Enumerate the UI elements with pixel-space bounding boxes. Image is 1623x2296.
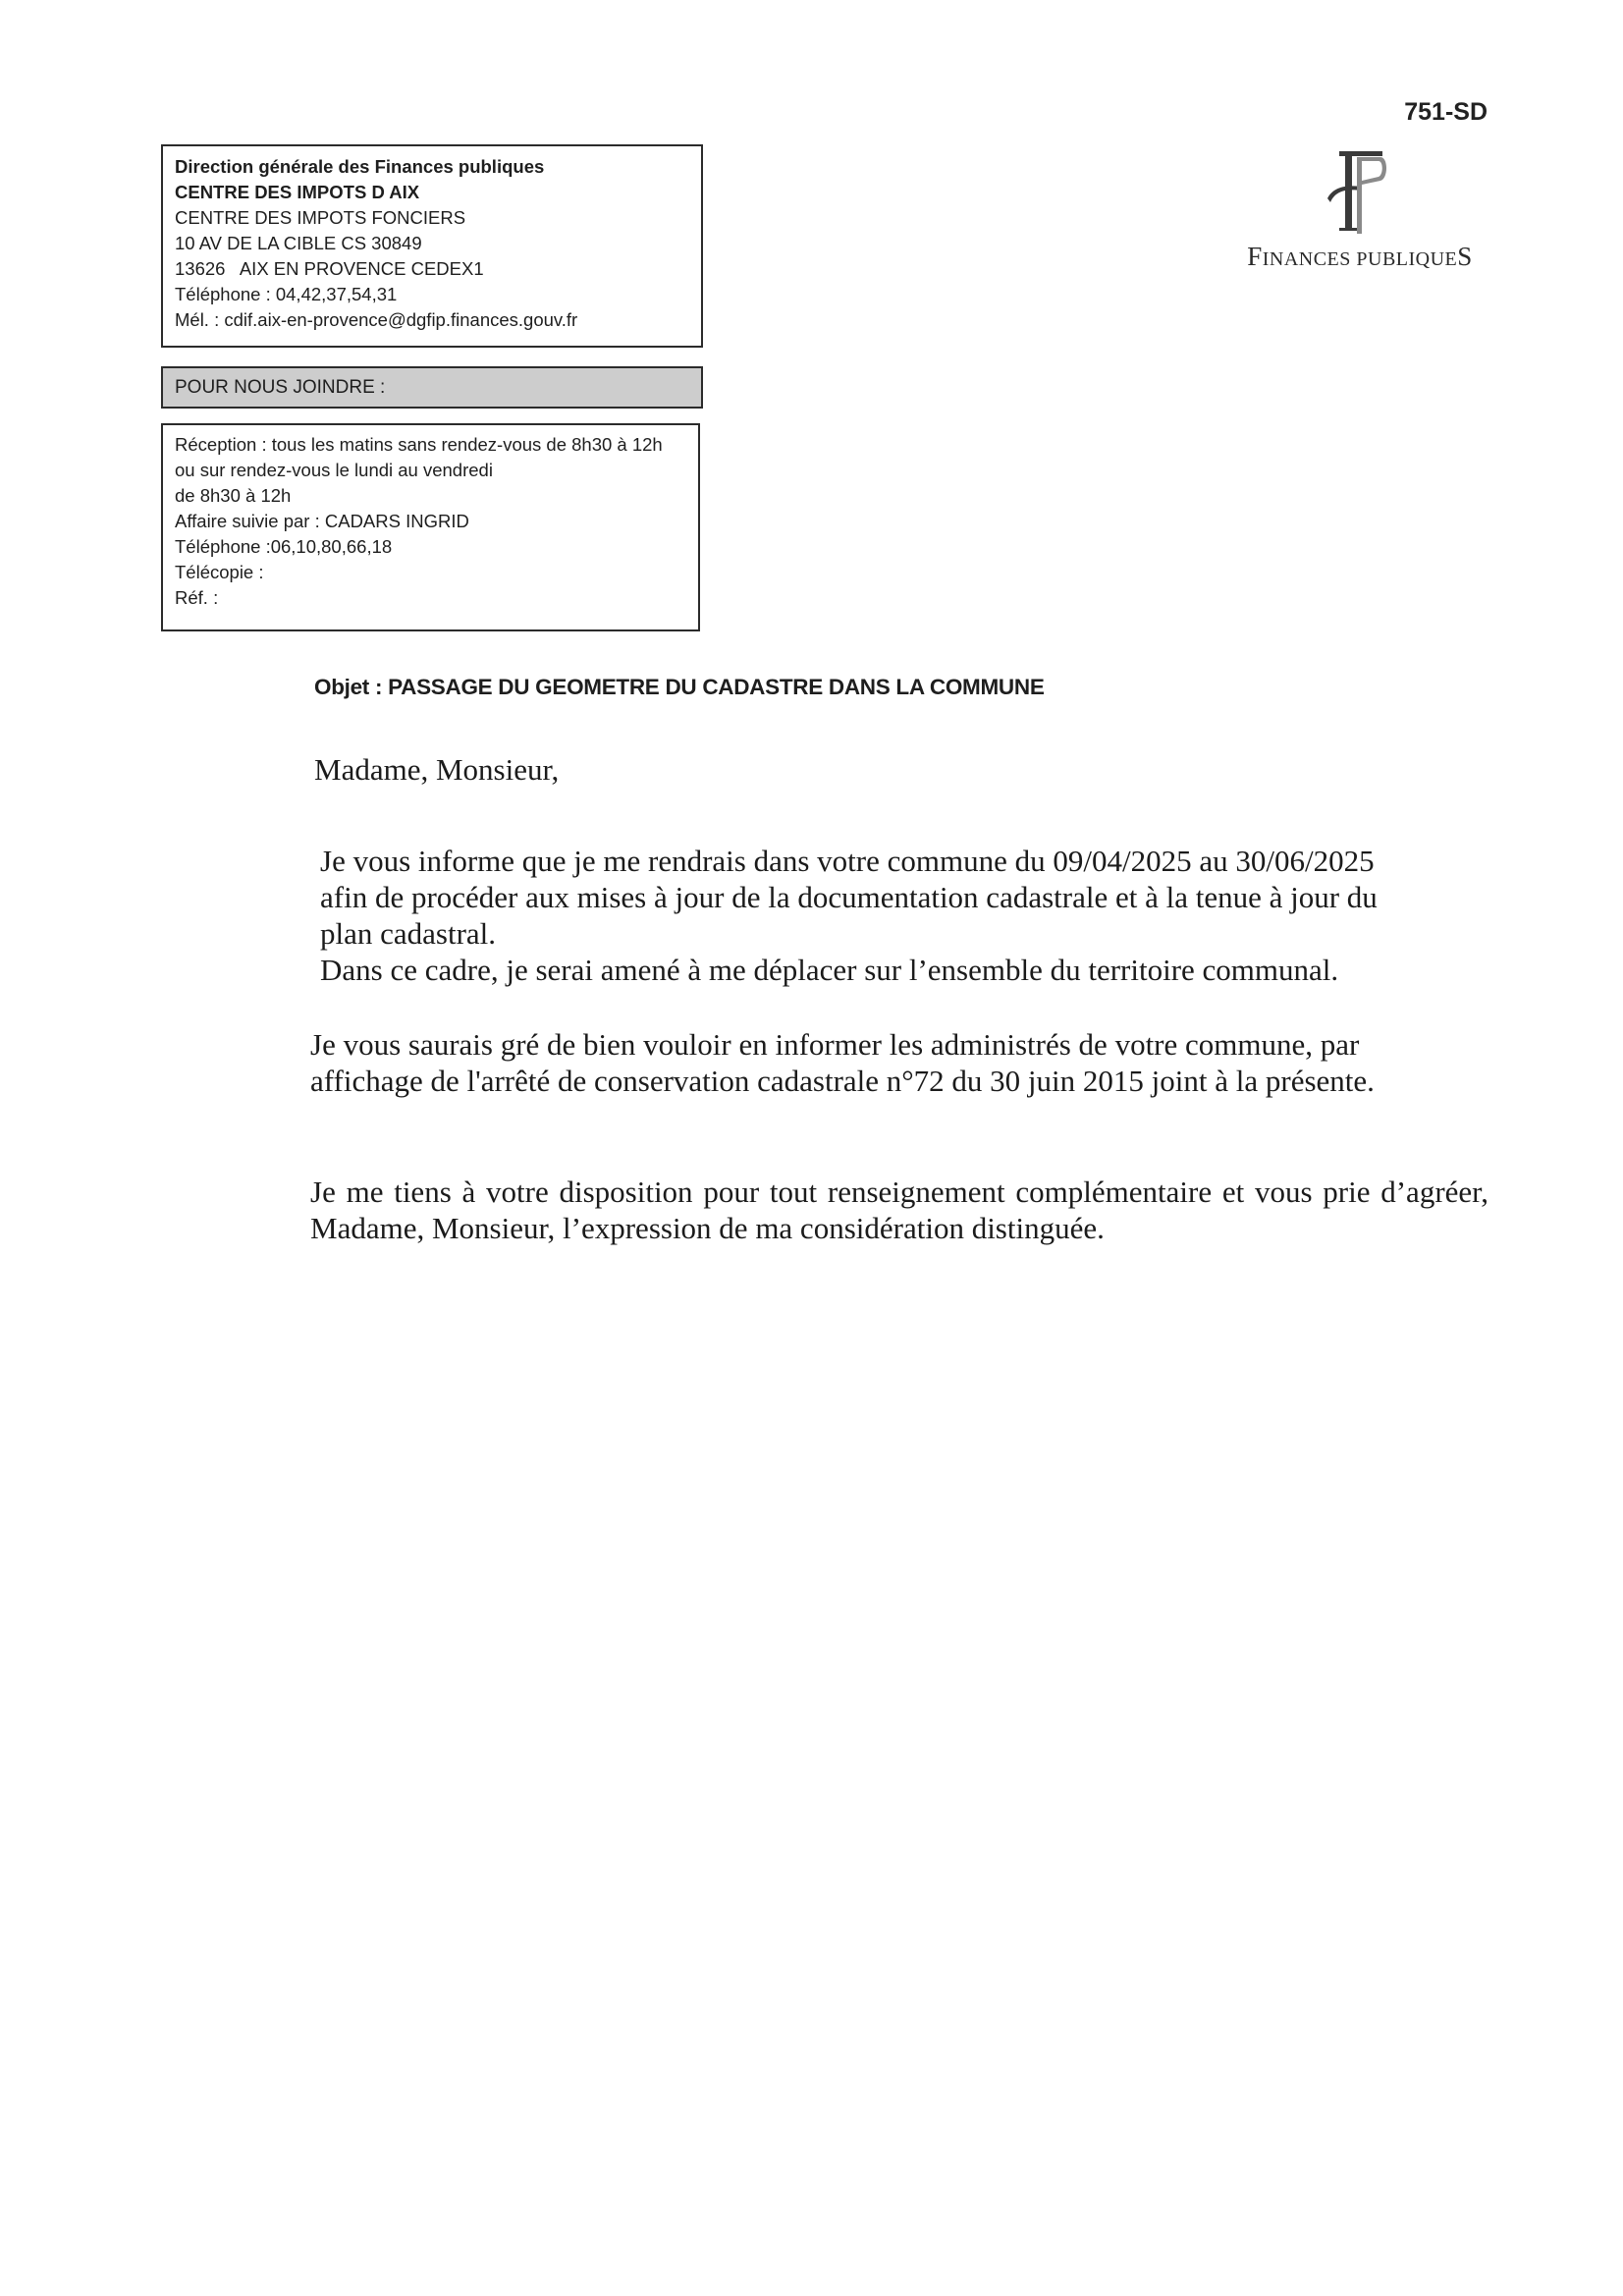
sender-line-office: CENTRE DES IMPOTS D AIX <box>175 180 689 205</box>
letter-paragraph-2: Je vous saurais gré de bien vouloir en i… <box>310 1026 1488 1099</box>
contact-details-box: Réception : tous les matins sans rendez-… <box>161 423 700 631</box>
contact-line-reception: Réception : tous les matins sans rendez-… <box>175 432 686 458</box>
contact-line-hours: de 8h30 à 12h <box>175 483 686 509</box>
sender-line-phone: Téléphone : 04,42,37,54,31 <box>175 282 689 307</box>
sender-line-directorate: Direction générale des Finances publique… <box>175 154 689 180</box>
finances-publiques-logo: FINANCES PUBLIQUES Finances publiques <box>1227 147 1492 272</box>
form-code: 751-SD <box>1370 98 1488 127</box>
contact-heading-label: POUR NOUS JOINDRE : <box>175 377 385 398</box>
logo-text: FINANCES PUBLIQUES <box>1227 242 1492 272</box>
contact-line-appointment: ou sur rendez-vous le lundi au vendredi <box>175 458 686 483</box>
paragraph-1-line-3: plan cadastral. <box>320 915 1479 952</box>
paragraph-2-line-1: Je vous saurais gré de bien vouloir en i… <box>310 1026 1488 1063</box>
paragraph-3-text: Je me tiens à votre disposition pour tou… <box>310 1174 1488 1246</box>
paragraph-1-line-4: Dans ce cadre, je serai amené à me dépla… <box>320 952 1479 988</box>
letter-paragraph-1: Je vous informe que je me rendrais dans … <box>320 843 1479 988</box>
letter-paragraph-3: Je me tiens à votre disposition pour tou… <box>310 1174 1488 1246</box>
contact-line-agent: Affaire suivie par : CADARS INGRID <box>175 509 686 534</box>
contact-line-fax: Télécopie : <box>175 560 686 585</box>
sender-line-street: 10 AV DE LA CIBLE CS 30849 <box>175 231 689 256</box>
sender-address-box: Direction générale des Finances publique… <box>161 144 703 348</box>
sender-line-service: CENTRE DES IMPOTS FONCIERS <box>175 205 689 231</box>
sender-line-email: Mél. : cdif.aix-en-provence@dgfip.financ… <box>175 307 689 333</box>
paragraph-1-line-1: Je vous informe que je me rendrais dans … <box>320 843 1479 879</box>
letter-subject: Objet : PASSAGE DU GEOMETRE DU CADASTRE … <box>314 675 1045 700</box>
letter-salutation: Madame, Monsieur, <box>314 751 559 788</box>
fp-monogram-icon <box>1325 147 1394 236</box>
contact-line-phone: Téléphone :06,10,80,66,18 <box>175 534 686 560</box>
paragraph-2-line-2: affichage de l'arrêté de conservation ca… <box>310 1063 1488 1099</box>
paragraph-1-line-2: afin de procéder aux mises à jour de la … <box>320 879 1479 915</box>
contact-heading-bar: POUR NOUS JOINDRE : <box>161 366 703 409</box>
contact-line-reference: Réf. : <box>175 585 686 611</box>
sender-line-city: 13626 AIX EN PROVENCE CEDEX1 <box>175 256 689 282</box>
